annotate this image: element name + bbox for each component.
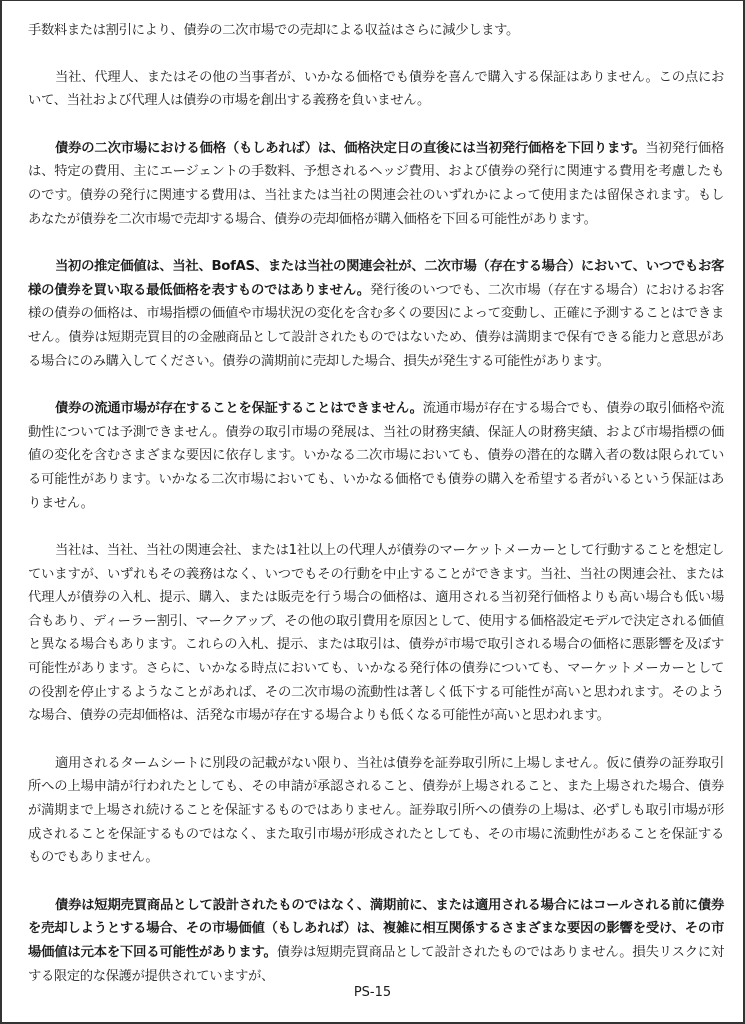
paragraph-6: 当社は、当社、当社の関連会社、または1社以上の代理人が債券のマーケットメーカーと… (28, 539, 724, 728)
page-number: PS-15 (2, 985, 743, 1000)
paragraph-6-text: 当社は、当社、当社の関連会社、または1社以上の代理人が債券のマーケットメーカーと… (28, 543, 724, 723)
paragraph-7-text: 適用されるタームシートに別段の記載がない限り、当社は債券を証券取引所に上場しませ… (28, 756, 724, 865)
paragraph-1-text: 手数料または割引により、債券の二次市場での売却による収益はさらに減少します。 (28, 23, 519, 38)
paragraph-4: 当初の推定価値は、当社、BofAS、または当社の関連会社が、二次市場（存在する場… (28, 255, 724, 373)
paragraph-3: 債券の二次市場における価格（もしあれば）は、価格決定日の直後には当初発行価格を下… (28, 137, 724, 231)
paragraph-3-bold-lead: 債券の二次市場における価格（もしあれば）は、価格決定日の直後には当初発行価格を下… (55, 141, 645, 156)
document-body: 手数料または割引により、債券の二次市場での売却による収益はさらに減少します。 当… (28, 19, 724, 1012)
paragraph-5-bold-lead: 債券の流通市場が存在することを保証することはできません。 (55, 401, 423, 416)
paragraph-5: 債券の流通市場が存在することを保証することはできません。流通市場が存在する場合で… (28, 397, 724, 515)
paragraph-2: 当社、代理人、またはその他の当事者が、いかなる価格でも債券を喜んで購入する保証は… (28, 66, 724, 113)
paragraph-5-text: 流通市場が存在する場合でも、債券の取引価格や流動性については予測できません。債券… (28, 401, 724, 510)
paragraph-2-text: 当社、代理人、またはその他の当事者が、いかなる価格でも債券を喜んで購入する保証は… (28, 70, 724, 109)
document-page: 手数料または割引により、債券の二次市場での売却による収益はさらに減少します。 当… (0, 0, 745, 1024)
paragraph-7: 適用されるタームシートに別段の記載がない限り、当社は債券を証券取引所に上場しませ… (28, 752, 724, 870)
paragraph-1: 手数料または割引により、債券の二次市場での売却による収益はさらに減少します。 (28, 19, 724, 43)
paragraph-8: 債券は短期売買商品として設計されたものではなく、満期前に、または適用される場合に… (28, 894, 724, 988)
